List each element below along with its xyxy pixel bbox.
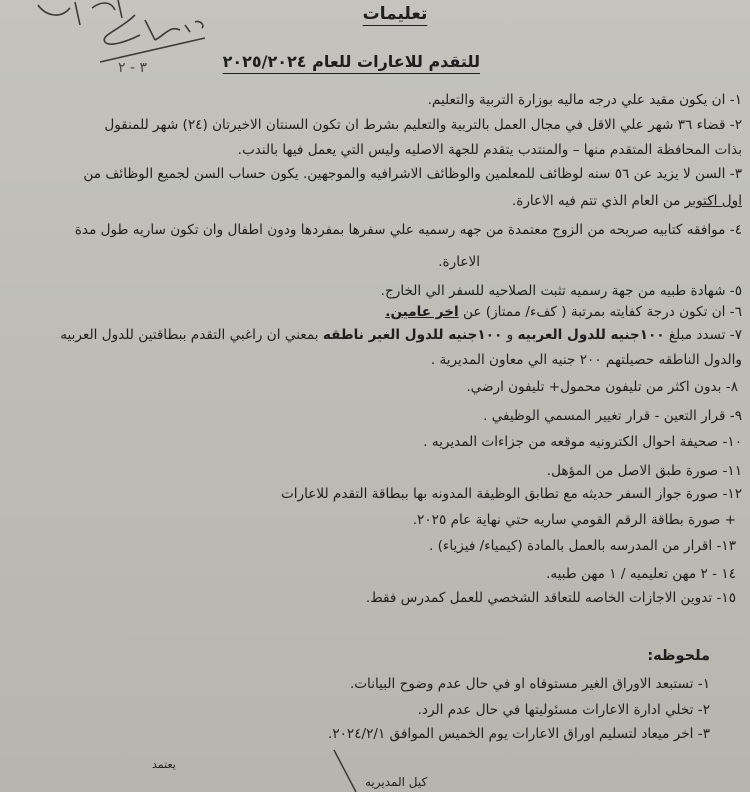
- list-item: ٩- قرار التعين - قرار تغيير المسمي الوظي…: [483, 408, 742, 424]
- list-item: ٧- تسدد مبلغ ١٠٠جنيه للدول العربيه و ١٠٠…: [60, 327, 742, 343]
- handwritten-note: ٣ - ٢: [118, 60, 147, 76]
- list-item: ٥- شهادة طبيه من جهة رسميه تثبت الصلاحيه…: [381, 283, 742, 299]
- list-item: اول اكتوبر من العام الذي تتم فيه الاعارة…: [512, 193, 742, 209]
- list-item: ٨- بدون اكثر من تليفون محمول+ تليفون ارض…: [466, 379, 738, 395]
- list-item: ٣- السن لا يزيد عن ٥٦ سنه لوظائف للمعلمي…: [83, 166, 742, 182]
- list-item: ١٤ - ٢ مهن تعليميه / ١ مهن طبيه.: [546, 566, 736, 582]
- page-title: تعليمات: [0, 4, 750, 24]
- list-item: ٦- ان تكون درجة كفايته بمرتبة ( كفء/ ممت…: [385, 304, 742, 320]
- list-item: ١٠- صحيفة احوال الكترونيه موقعه من جزاءا…: [423, 434, 742, 450]
- signature-stroke: [330, 748, 370, 792]
- list-item: بذات المحافظة المتقدم منها – والمنتدب يت…: [238, 142, 742, 158]
- document-page: ٣ - ٢ تعليمات للتقدم للاعارات للعام ٢٠٢٥…: [0, 0, 750, 792]
- note-item: ٢- تخلي ادارة الاعارات مسئوليتها في حال …: [418, 702, 710, 718]
- page-subtitle: للتقدم للاعارات للعام ٢٠٢٥/٢٠٢٤: [223, 52, 480, 71]
- list-item: ٤- موافقه كتابيه صريحه من الزوج معتمدة م…: [75, 222, 742, 238]
- note-item: ١- تستبعد الاوراق الغير مستوفاه او في حا…: [350, 676, 710, 692]
- notes-heading: ملحوظه:: [647, 648, 710, 664]
- list-item: ١١- صورة طبق الاصل من المؤهل.: [547, 463, 742, 479]
- list-item: ٢- قضاء ٣٦ شهر علي الاقل في مجال العمل ب…: [104, 117, 742, 133]
- list-item: والدول الناطقه حصيلتهم ٢٠٠ جنيه الي معاو…: [431, 352, 742, 368]
- list-item: ١٥- تدوين الاجازات الخاصه للتعاقد الشخصي…: [366, 590, 736, 606]
- list-item: ١٣- اقرار من المدرسه بالعمل بالمادة (كيم…: [429, 538, 736, 554]
- list-item: ١- ان يكون مقيد علي درجه ماليه بوزارة ال…: [428, 92, 742, 108]
- list-item: الاعارة.: [438, 254, 480, 270]
- approval-label: يعتمد: [152, 758, 176, 771]
- list-item: + صورة بطاقة الرقم القومي ساريه حتي نهاي…: [413, 512, 736, 528]
- signatory-label: كيل المديريه: [365, 775, 427, 789]
- list-item: ١٢- صورة جواز السفر حديثه مع تطابق الوظي…: [281, 486, 742, 502]
- note-item: ٣- اخر ميعاد لتسليم اوراق الاعارات يوم ا…: [328, 726, 710, 742]
